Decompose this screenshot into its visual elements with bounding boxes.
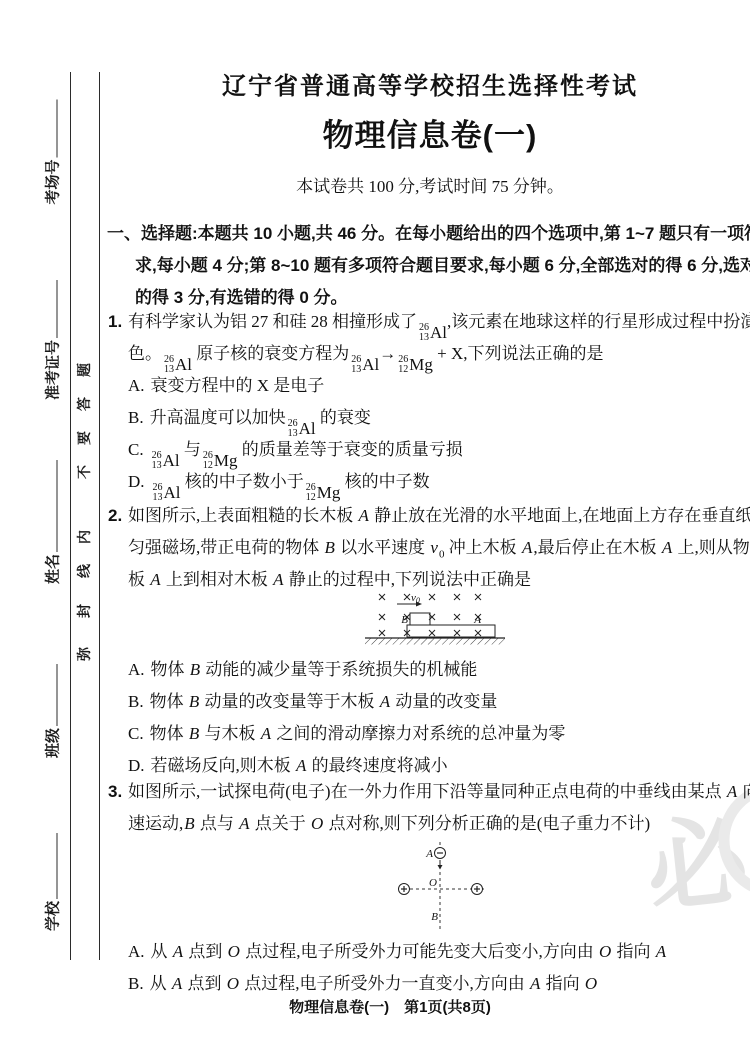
electron-velocity-arrow [438,860,443,870]
point-a-label: A [425,848,433,860]
question-text-line: 3.如图所示,一试探电荷(电子)在一外力作用下沿等量同种正点电荷的中垂线由某点 … [108,776,750,808]
seal-char: 答 [74,397,94,411]
seal-char: 线 [74,564,94,578]
option-b: B.物体 B 动量的改变量等于木板 A 动量的改变量 [108,686,750,718]
positive-charge-right [472,884,483,895]
fill-in-line [45,99,58,157]
option-text: 衰变方程中的 X 是电子 [151,376,325,395]
question-text-line: 色。2613Al 原子核的衰变方程为2613Al→2612Mg + X,下列说法… [108,338,750,370]
exam-paper-page: 必 考场号 准考证号 姓名 班级 学校 题 答 要 不 内 线 封 弥 [0,0,750,1060]
field-label: 考场号 [42,159,63,204]
seal-char: 内 [74,530,94,544]
option-label: B. [128,408,144,427]
fill-in-line [45,460,58,552]
fill-in-line [45,833,58,899]
option-c: C.物体 B 与木板 A 之间的滑动摩擦力对系统的总冲量为零 [108,718,750,750]
seal-char: 弥 [74,647,94,661]
point-b-label: B [431,911,438,923]
paper-subtitle: 物理信息卷(一) [100,110,750,155]
point-charges-figure: A O B [390,840,510,936]
instruction-line: 一、选择题:本题共 10 小题,共 46 分。在每小题给出的四个选项中,第 1~… [100,218,750,250]
question-1: 1.有科学家认为铝 27 和硅 28 相撞形成了2613Al,该元素在地球这样的… [108,306,750,498]
option-a: A.从 A 点到 O 点过程,电子所受外力可能先变大后变小,方向由 O 指向 A [108,936,750,968]
option-label: A. [128,942,145,961]
block-b-label: B [401,614,408,626]
field-label: 准考证号 [42,340,63,400]
seal-char: 题 [74,363,94,377]
board-a [407,625,495,637]
question-text: 有科学家认为铝 27 和硅 28 相撞形成了2613Al,该元素在地球这样的行星… [128,312,750,331]
question-text-line: 1.有科学家认为铝 27 和硅 28 相撞形成了2613Al,该元素在地球这样的… [108,306,750,338]
option-text: 从 A 点到 O 点过程,电子所受外力可能先变大后变小,方向由 O 指向 A [151,942,668,961]
electron [435,848,446,859]
question-text: 如图所示,上表面粗糙的长木板 A 静止放在光滑的水平地面上,在地面上方存在垂直纸… [128,506,750,525]
question-3-diagram: A O B [108,840,750,936]
option-text: 升高温度可以加快2613Al 的衰变 [150,408,371,427]
question-2: 2.如图所示,上表面粗糙的长木板 A 静止放在光滑的水平地面上,在地面上方存在垂… [108,500,750,782]
ground [365,638,505,645]
block-b [410,613,430,625]
option-a: A.物体 B 动能的减少量等于系统损失的机械能 [108,654,750,686]
point-o-label: O [429,877,437,889]
question-number: 3. [108,776,128,808]
seal-char: 不 [74,465,94,479]
field-label: 班级 [42,728,63,758]
board-a-label: A [473,614,481,626]
option-label: B. [128,692,144,711]
field-name: 姓名 [42,460,63,584]
option-label: D. [128,756,145,775]
field-school: 学校 [42,833,63,931]
page-title: 辽宁省普通高等学校招生选择性考试 [100,66,750,101]
option-text: 物体 B 动量的改变量等于木板 A 动量的改变量 [150,692,498,711]
option-label: B. [128,974,144,993]
field-label: 姓名 [42,554,63,584]
option-label: A. [128,376,145,395]
option-text: 若磁场反向,则木板 A 的最终速度将减小 [151,756,448,775]
fill-in-line [45,664,58,726]
section-instructions: 一、选择题:本题共 10 小题,共 46 分。在每小题给出的四个选项中,第 1~… [100,218,750,314]
option-label: D. [128,472,145,491]
field-class: 班级 [42,664,63,758]
question-text-line: 速运动,B 点与 A 点关于 O 点对称,则下列分析正确的是(电子重力不计) [108,808,750,840]
velocity-label: v0 [411,592,420,605]
option-d: D.2613Al 核的中子数小于2612Mg 核的中子数 [108,466,750,498]
fill-in-line [45,280,58,338]
exam-info: 本试卷共 100 分,考试时间 75 分钟。 [100,172,750,197]
question-text-line: 2.如图所示,上表面粗糙的长木板 A 静止放在光滑的水平地面上,在地面上方存在垂… [108,500,750,532]
option-text: 2613Al 核的中子数小于2612Mg 核的中子数 [151,472,430,491]
magnetic-field-board-figure: v0 B A [360,592,510,654]
question-text-line: 匀强磁场,带正电荷的物体 B 以水平速度 v0 冲上木板 A,最后停止在木板 A… [108,532,750,564]
seal-char: 要 [74,431,94,445]
option-label: C. [128,724,144,743]
footer-page-info: 物理信息卷(一) 第1页(共8页) [100,996,680,1017]
option-text: 从 A 点到 O 点过程,电子所受外力一直变小,方向由 A 指向 O [150,974,599,993]
instruction-line: 求,每小题 4 分;第 8~10 题有多项符合题目要求,每小题 6 分,全部选对… [100,250,750,282]
question-number: 1. [108,306,128,338]
seal-char: 封 [74,604,94,618]
field-admission-ticket-number: 准考证号 [42,280,63,400]
question-2-diagram: v0 B A [108,596,750,654]
option-c: C.2613Al 与2612Mg 的质量差等于衰变的质量亏损 [108,434,750,466]
field-label: 学校 [42,901,63,931]
question-text: 如图所示,一试探电荷(电子)在一外力作用下沿等量同种正点电荷的中垂线由某点 A … [128,782,750,801]
option-label: C. [128,440,144,459]
positive-charge-left [399,884,410,895]
question-number: 2. [108,500,128,532]
option-text: 2613Al 与2612Mg 的质量差等于衰变的质量亏损 [150,440,463,459]
option-b: B.升高温度可以加快2613Al 的衰变 [108,402,750,434]
option-text: 物体 B 动能的减少量等于系统损失的机械能 [151,660,478,679]
seal-line-outer [99,72,100,960]
seal-line-inner [70,72,71,960]
question-3: 3.如图所示,一试探电荷(电子)在一外力作用下沿等量同种正点电荷的中垂线由某点 … [108,776,750,1000]
field-exam-room-number: 考场号 [42,99,63,204]
option-label: A. [128,660,145,679]
option-text: 物体 B 与木板 A 之间的滑动摩擦力对系统的总冲量为零 [150,724,566,743]
